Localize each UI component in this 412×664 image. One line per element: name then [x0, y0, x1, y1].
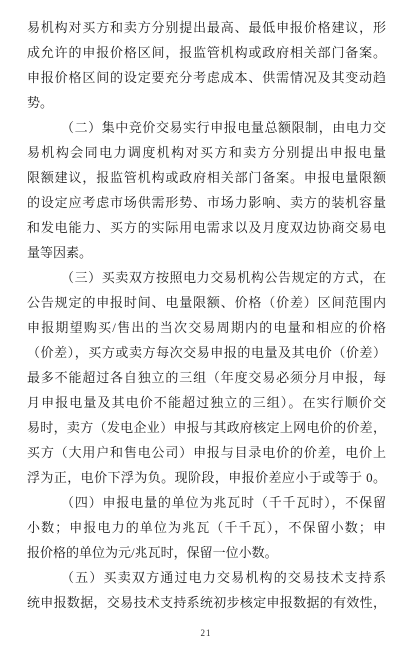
- text-line: 申报价格区间的设定要充分考虑成本、供需情况及其变动趋: [27, 65, 386, 90]
- document-text: 易机构对买方和卖方分别提出最高、最低申报价格建议，形 成允许的申报价格区间，报监…: [27, 15, 386, 615]
- text-line: （五）买卖双方通过电力交易机构的交易技术支持系: [27, 565, 386, 590]
- text-line: 最多不能超过各自独立的三组（年度交易必须分月申报，每: [27, 365, 386, 390]
- text-line: （二）集中竞价交易实行申报电量总额限制，由电力交: [27, 115, 386, 140]
- text-line: 易时，卖方（发电企业）申报与其政府核定上网电价的价差，: [27, 415, 386, 440]
- text-line: 公告规定的申报时间、电量限额、价格（价差）区间范围内: [27, 290, 386, 315]
- text-line: （四）申报电量的单位为兆瓦时（千千瓦时），不保留: [27, 490, 386, 515]
- text-line: 限额建议，报监管机构或政府相关部门备案。申报电量限额: [27, 165, 386, 190]
- text-line: 的设定应考虑市场供需形势、市场力影响、卖方的装机容量: [27, 190, 386, 215]
- text-line: 月申报电量及其电价不能超过独立的三组）。在实行顺价交: [27, 390, 386, 415]
- text-line: （三）买卖双方按照电力交易机构公告规定的方式，在: [27, 265, 386, 290]
- text-line: 买方（大用户和售电公司）申报与目录电价的价差，电价上: [27, 440, 386, 465]
- text-line: 申报期望购买/售出的当次交易周期内的电量和相应的价格: [27, 315, 386, 340]
- text-line: 易机构对买方和卖方分别提出最高、最低申报价格建议，形: [27, 15, 386, 40]
- text-line: 统申报数据，交易技术支持系统初步核定申报数据的有效性，: [27, 590, 386, 615]
- text-line: 成允许的申报价格区间，报监管机构或政府相关部门备案。: [27, 40, 386, 65]
- text-line: 和发电能力、买方的实际用电需求以及月度双边协商交易电: [27, 215, 386, 240]
- text-line: （价差），买方或卖方每次交易申报的电量及其电价（价差）: [27, 340, 386, 365]
- page-number: 21: [0, 628, 412, 638]
- text-line: 量等因素。: [27, 240, 386, 265]
- text-line: 报价格的单位为元/兆瓦时，保留一位小数。: [27, 540, 386, 565]
- text-line: 浮为正，电价下浮为负。现阶段，申报价差应小于或等于 0。: [27, 465, 386, 490]
- text-line: 势。: [27, 90, 386, 115]
- text-line: 易机构会同电力调度机构对买方和卖方分别提出申报电量: [27, 140, 386, 165]
- document-page: 易机构对买方和卖方分别提出最高、最低申报价格建议，形 成允许的申报价格区间，报监…: [0, 0, 412, 664]
- text-line: 小数；申报电力的单位为兆瓦（千千瓦），不保留小数；申: [27, 515, 386, 540]
